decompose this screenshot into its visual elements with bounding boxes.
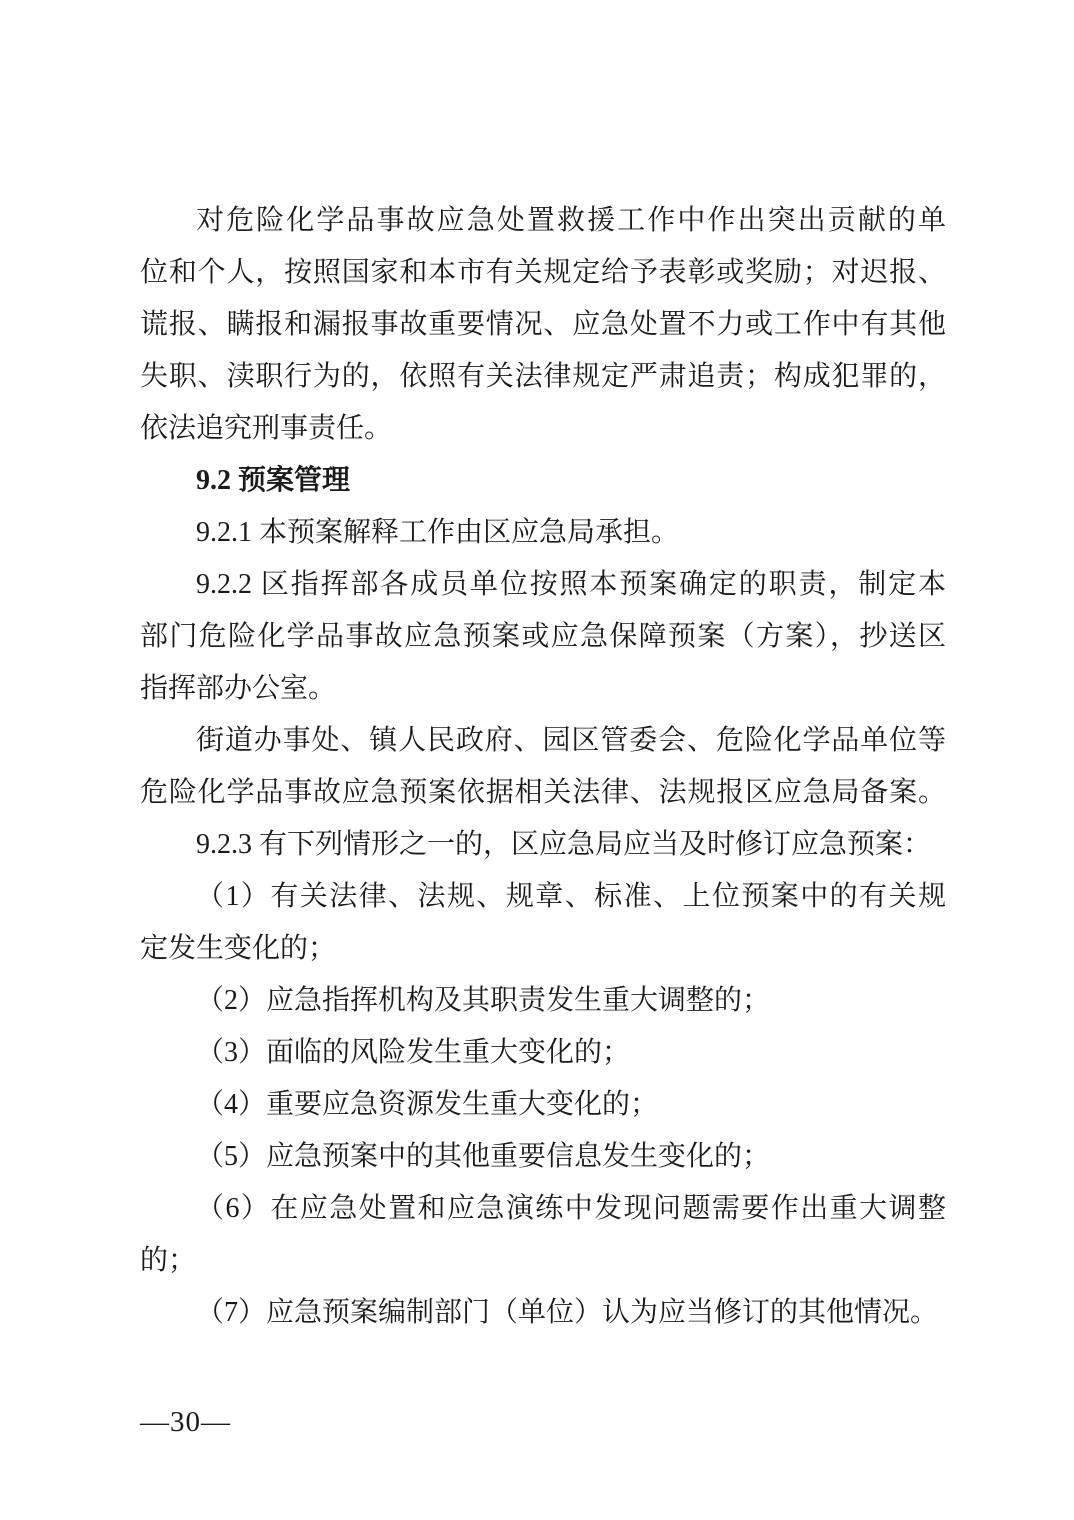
doc-line: 街道办事处、镇人民政府、园区管委会、危险化学品单位等 <box>140 715 946 767</box>
paragraph-accountability: 对危险化学品事故应急处置救援工作中作出突出贡献的单 位和个人，按照国家和本市有关… <box>140 195 946 455</box>
doc-line: 对危险化学品事故应急处置救援工作中作出突出贡献的单 <box>140 195 946 247</box>
doc-line: 的； <box>140 1235 946 1287</box>
list-item-5: （5）应急预案中的其他重要信息发生变化的； <box>140 1131 946 1183</box>
paragraph-filing: 街道办事处、镇人民政府、园区管委会、危险化学品单位等 危险化学品事故应急预案依据… <box>140 715 946 819</box>
list-item-6: （6）在应急处置和应急演练中发现问题需要作出重大调整 的； <box>140 1183 946 1287</box>
paragraph-9-2-2: 9.2.2 区指挥部各成员单位按照本预案确定的职责，制定本 部门危险化学品事故应… <box>140 559 946 715</box>
doc-line: （1）有关法律、法规、规章、标准、上位预案中的有关规 <box>140 871 946 923</box>
doc-line: 9.2.3 有下列情形之一的，区应急局应当及时修订应急预案： <box>140 819 946 871</box>
doc-line: （7）应急预案编制部门（单位）认为应当修订的其他情况。 <box>140 1287 946 1339</box>
doc-line: （4）重要应急资源发生重大变化的； <box>140 1079 946 1131</box>
doc-line: 部门危险化学品事故应急预案或应急保障预案（方案），抄送区 <box>140 611 946 663</box>
doc-line: 指挥部办公室。 <box>140 663 946 715</box>
paragraph-9-2-3: 9.2.3 有下列情形之一的，区应急局应当及时修订应急预案： <box>140 819 946 871</box>
doc-line: 失职、渎职行为的，依照有关法律规定严肃追责；构成犯罪的， <box>140 351 946 403</box>
doc-line: 9.2.2 区指挥部各成员单位按照本预案确定的职责，制定本 <box>140 559 946 611</box>
list-item-4: （4）重要应急资源发生重大变化的； <box>140 1079 946 1131</box>
doc-line: 危险化学品事故应急预案依据相关法律、法规报区应急局备案。 <box>140 767 946 819</box>
list-item-3: （3）面临的风险发生重大变化的； <box>140 1027 946 1079</box>
list-item-7: （7）应急预案编制部门（单位）认为应当修订的其他情况。 <box>140 1287 946 1339</box>
document-page: 对危险化学品事故应急处置救援工作中作出突出贡献的单 位和个人，按照国家和本市有关… <box>140 195 946 1339</box>
list-item-1: （1）有关法律、法规、规章、标准、上位预案中的有关规 定发生变化的； <box>140 871 946 975</box>
doc-line: 9.2.1 本预案解释工作由区应急局承担。 <box>140 507 946 559</box>
doc-line: （6）在应急处置和应急演练中发现问题需要作出重大调整 <box>140 1183 946 1235</box>
doc-line: （5）应急预案中的其他重要信息发生变化的； <box>140 1131 946 1183</box>
doc-line: （3）面临的风险发生重大变化的； <box>140 1027 946 1079</box>
paragraph-9-2-1: 9.2.1 本预案解释工作由区应急局承担。 <box>140 507 946 559</box>
section-heading-text: 9.2 预案管理 <box>140 455 946 507</box>
doc-line: （2）应急指挥机构及其职责发生重大调整的； <box>140 975 946 1027</box>
doc-line: 依法追究刑事责任。 <box>140 403 946 455</box>
section-heading-9-2: 9.2 预案管理 <box>140 455 946 507</box>
doc-line: 位和个人，按照国家和本市有关规定给予表彰或奖励；对迟报、 <box>140 247 946 299</box>
page-number: —30— <box>140 1398 231 1446</box>
list-item-2: （2）应急指挥机构及其职责发生重大调整的； <box>140 975 946 1027</box>
doc-line: 谎报、瞒报和漏报事故重要情况、应急处置不力或工作中有其他 <box>140 299 946 351</box>
doc-line: 定发生变化的； <box>140 923 946 975</box>
